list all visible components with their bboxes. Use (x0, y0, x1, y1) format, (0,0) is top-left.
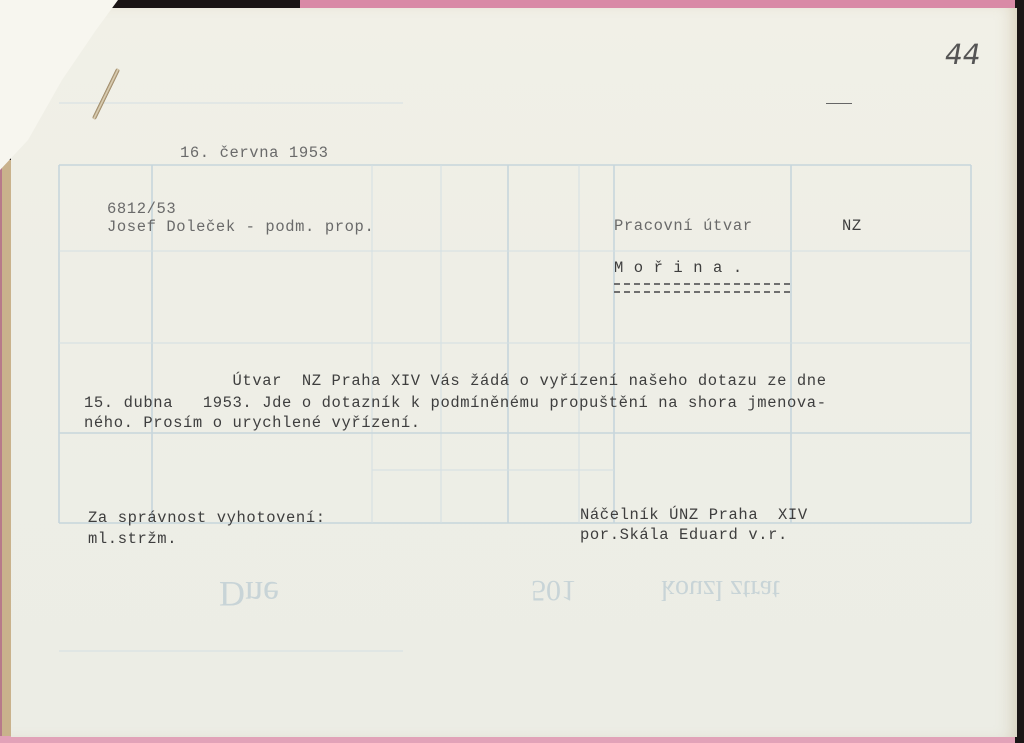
bleed-through-text: 501 (531, 573, 576, 607)
addressee-line1-suffix: NZ (842, 217, 862, 236)
certification-name: ml.stržm. (88, 530, 177, 549)
addressee-line1: Pracovní útvar (614, 217, 753, 236)
body-line-2: 15. dubna 1953. Jde o dotazník k podmíně… (84, 394, 827, 413)
document-date: 16. června 1953 (180, 144, 329, 163)
mark (826, 103, 852, 104)
reference-subject: Josef Doleček - podm. prop. (107, 218, 374, 237)
body-line-1: Útvar NZ Praha XIV Vás žádá o vyřízení n… (84, 372, 827, 391)
addressee-double-underline (614, 283, 790, 293)
body-line-3: ného. Prosím o urychlené vyřízení. (84, 414, 421, 433)
underlying-pink-sheet-bottom (0, 736, 1024, 743)
page-number-handwritten: 44 (942, 38, 983, 71)
certification-label: Za správnost vyhotovení: (88, 509, 326, 528)
bleed-through-text: kouzl ztrat (661, 573, 780, 605)
reference-number: 6812/53 (107, 200, 176, 219)
signature-name: por.Skála Eduard v.r. (580, 526, 788, 545)
addressee-line2: M o ř i n a . (614, 259, 743, 278)
bleed-through-text: Dne (219, 573, 279, 615)
signature-title: Náčelník ÚNZ Praha XIV (580, 506, 808, 525)
